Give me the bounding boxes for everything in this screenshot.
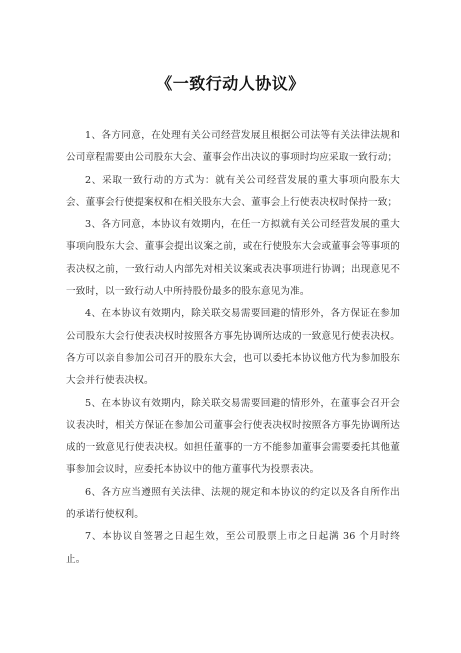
document-page: 《一致行动人协议》 1、各方同意，在处理有关公司经营发展且根据公司法等有关法律法… bbox=[0, 0, 461, 653]
clause-6: 6、各方应当遵照有关法律、法规的规定和本协议的约定以及各自所作出的承诺行使权利。 bbox=[66, 482, 400, 527]
clause-3: 3、各方同意，本协议有效期内，在任一方拟就有关公司经营发展的重大事项向股东大会、… bbox=[66, 214, 400, 303]
clause-5: 5、在本协议有效期内，除关联交易需要回避的情形外，在董事会召开会议表决时，相关方… bbox=[66, 393, 400, 482]
document-title: 《一致行动人协议》 bbox=[0, 71, 461, 94]
clause-1: 1、各方同意，在处理有关公司经营发展且根据公司法等有关法律法规和公司章程需要由公… bbox=[66, 125, 400, 170]
clause-7: 7、本协议自签署之日起生效，至公司股票上市之日起满 36 个月时终止。 bbox=[66, 526, 400, 571]
clause-4: 4、在本协议有效期内，除关联交易需要回避的情形外，各方保证在参加公司股东大会行使… bbox=[66, 303, 400, 392]
document-body: 1、各方同意，在处理有关公司经营发展且根据公司法等有关法律法规和公司章程需要由公… bbox=[66, 125, 400, 571]
clause-2: 2、采取一致行动的方式为：就有关公司经营发展的重大事项向股东大会、董事会行使提案… bbox=[66, 170, 400, 215]
